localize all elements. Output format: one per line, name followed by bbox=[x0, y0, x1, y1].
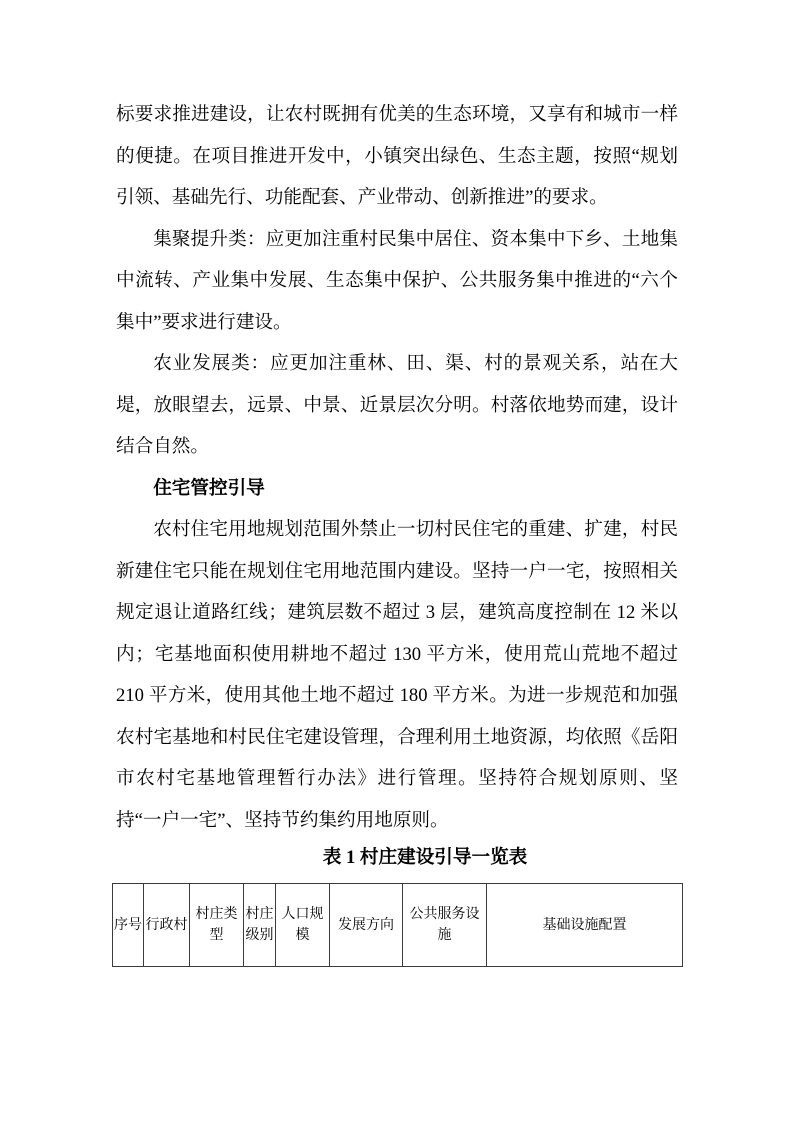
body-paragraph-4: 农村住宅用地规划范围外禁止一切村民住宅的重建、扩建，村民新建住宅只能在规划住宅用… bbox=[116, 509, 678, 841]
section-heading: 住宅管控引导 bbox=[116, 468, 678, 510]
table-header-cell-administrative-village: 行政村 bbox=[144, 884, 190, 967]
document-page: 标要求推进建设，让农村既拥有优美的生态环境，又享有和城市一样的便捷。在项目推进开… bbox=[0, 0, 794, 1122]
table-header-row: 序号 行政村 村庄类型 村庄级别 人口规模 发展方向 公共服务设施 基础设施配置 bbox=[113, 884, 683, 967]
table-header-cell-public-service-facilities: 公共服务设施 bbox=[403, 884, 487, 967]
body-paragraph-2: 集聚提升类：应更加注重村民集中居住、资本集中下乡、土地集中流转、产业集中发展、生… bbox=[116, 219, 678, 344]
table-header-cell-population-scale: 人口规模 bbox=[276, 884, 330, 967]
table-header-cell-village-level: 村庄级别 bbox=[244, 884, 276, 967]
table-header-cell-infrastructure-configuration: 基础设施配置 bbox=[487, 884, 683, 967]
table-header-cell-development-direction: 发展方向 bbox=[330, 884, 403, 967]
body-paragraph-1: 标要求推进建设，让农村既拥有优美的生态环境，又享有和城市一样的便捷。在项目推进开… bbox=[116, 94, 678, 219]
table-caption: 表 1 村庄建设引导一览表 bbox=[116, 844, 678, 872]
body-paragraph-3: 农业发展类：应更加注重林、田、渠、村的景观关系，站在大堤，放眼望去，远景、中景、… bbox=[116, 343, 678, 468]
table-header-cell-village-type: 村庄类型 bbox=[190, 884, 244, 967]
village-construction-guidance-table: 序号 行政村 村庄类型 村庄级别 人口规模 发展方向 公共服务设施 基础设施配置 bbox=[112, 883, 683, 967]
table-header-cell-serial-number: 序号 bbox=[113, 884, 144, 967]
